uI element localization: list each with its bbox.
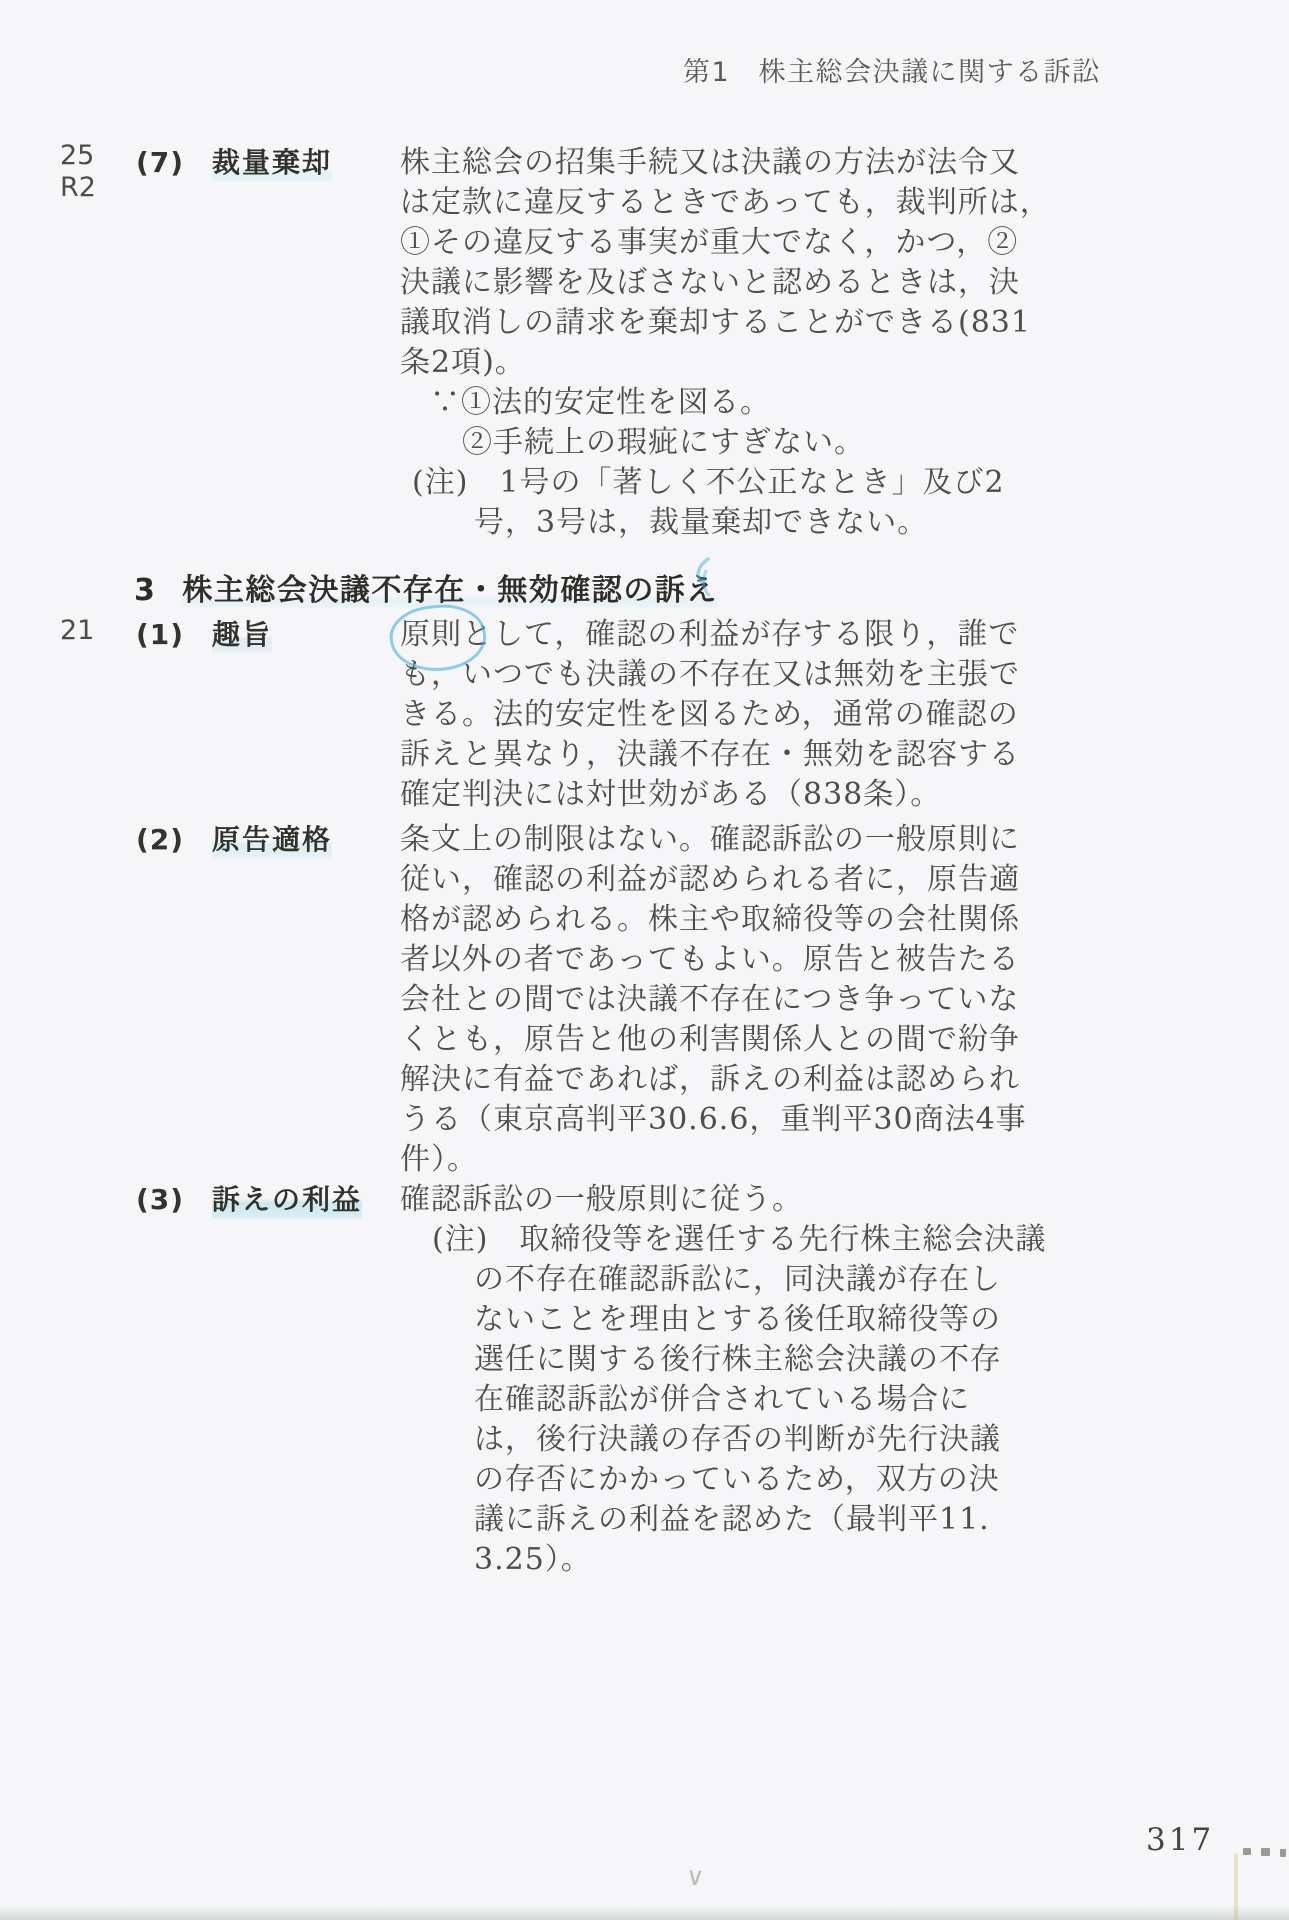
page-bottom-shadow	[0, 1905, 1289, 1920]
heading-number: 3	[134, 573, 156, 608]
reason-line: ∵①法的安定性を図る。	[400, 383, 1040, 423]
text-line: 解決に有益であれば，訴えの利益は認められ	[400, 1060, 1040, 1100]
note-line: ないことを理由とする後任取締役等の	[400, 1300, 1040, 1340]
note-line: は，後行決議の存否の判断が先行決議	[400, 1420, 1040, 1460]
running-header: 第1 株主総会決議に関する訴訟	[683, 50, 1101, 89]
section7-label: 裁量棄却	[212, 143, 332, 183]
section2-label: 原告適格	[212, 820, 332, 860]
section3-number: (3)	[136, 1180, 184, 1220]
page-number: 317	[1146, 1822, 1214, 1858]
note-line: 議に訴えの利益を認めた（最判平11.	[400, 1500, 1040, 1540]
text-line: きる。法的安定性を図るため，通常の確認の	[400, 695, 1040, 735]
section1-number: (1)	[136, 615, 184, 655]
text-line: 原則として，確認の利益が存する限り，誰で	[400, 615, 1040, 655]
text-line: 株主総会の招集手続又は決議の方法が法令又	[400, 143, 1040, 183]
scan-speck	[1243, 1848, 1251, 1855]
text-line: くとも，原告と他の利害関係人との間で紛争	[400, 1020, 1040, 1060]
section3-body: 確認訴訟の一般原則に従う。 (注) 取締役等を選任する先行株主総会決議 の不存在…	[400, 1180, 1040, 1580]
text-line: 格が認められる。株主や取締役等の会社関係	[400, 900, 1040, 940]
text-line: うる（東京高判平30.6.6，重判平30商法4事	[400, 1100, 1040, 1140]
section7-number: (7)	[136, 143, 184, 183]
text-line: 議取消しの請求を棄却することができる(831	[400, 303, 1040, 343]
section2-body: 条文上の制限はない。確認訴訟の一般原則に 従い，確認の利益が認められる者に，原告…	[400, 820, 1040, 1180]
text-line: 件）。	[400, 1140, 1040, 1180]
section7-body: 株主総会の招集手続又は決議の方法が法令又 は定款に違反するときであっても，裁判所…	[400, 143, 1040, 543]
note-line: (注) 1号の「著しく不公正なとき」及び2	[400, 463, 1040, 503]
pen-scribble-mark	[690, 556, 716, 598]
scan-speck	[1261, 1848, 1270, 1856]
reason-line: ②手続上の瑕疵にすぎない。	[400, 423, 1040, 463]
text-line: 訴えと異なり，決議不存在・無効を認容する	[400, 735, 1040, 775]
text-line: 条文上の制限はない。確認訴訟の一般原則に	[400, 820, 1040, 860]
note-line: 3.25）。	[400, 1540, 1040, 1580]
text-line: 者以外の者であってもよい。原告と被告たる	[400, 940, 1040, 980]
margin-number-25: 25	[60, 140, 94, 172]
text-line: 確認訴訟の一般原則に従う。	[400, 1180, 1040, 1220]
note-line: の不存在確認訴訟に，同決議が存在し	[400, 1260, 1040, 1300]
heading-title: 株主総会決議不存在・無効確認の訴え	[182, 573, 718, 608]
text-line: 従い，確認の利益が認められる者に，原告適	[400, 860, 1040, 900]
text-line: ①その違反する事実が重大でなく，かつ，②	[400, 223, 1040, 263]
note-line: 選任に関する後行株主総会決議の不存	[400, 1340, 1040, 1380]
section1-label: 趣旨	[212, 615, 272, 655]
text-line: 条2項)。	[400, 343, 1040, 383]
note-line: 号，3号は，裁量棄却できない。	[400, 503, 1040, 543]
scan-speck	[1280, 1849, 1286, 1857]
section1-body: 原則として，確認の利益が存する限り，誰で も，いつでも決議の不存在又は無効を主張…	[400, 615, 1040, 815]
margin-number-21: 21	[60, 615, 94, 647]
text-line: も，いつでも決議の不存在又は無効を主張で	[400, 655, 1040, 695]
note-line: 在確認訴訟が併合されている場合に	[400, 1380, 1040, 1420]
text-line: は定款に違反するときであっても，裁判所は，	[400, 183, 1040, 223]
note-line: (注) 取締役等を選任する先行株主総会決議	[400, 1220, 1040, 1260]
section3-label: 訴えの利益	[212, 1180, 362, 1220]
text-line: 決議に影響を及ぼさないと認めるときは，決	[400, 263, 1040, 303]
page: 第1 株主総会決議に関する訴訟 25 R2 (7) 裁量棄却 株主総会の招集手続…	[0, 0, 1289, 1920]
pencil-check-mark: ∨	[685, 1862, 705, 1892]
text-line: 確定判決には対世効がある（838条）。	[400, 775, 1040, 815]
section-heading: 3株主総会決議不存在・無効確認の訴え	[134, 571, 718, 611]
section2-number: (2)	[136, 820, 184, 860]
note-line: の存否にかかっているため，双方の決	[400, 1460, 1040, 1500]
margin-number-r2: R2	[60, 172, 96, 204]
text-line: 会社との間では決議不存在につき争っていな	[400, 980, 1040, 1020]
